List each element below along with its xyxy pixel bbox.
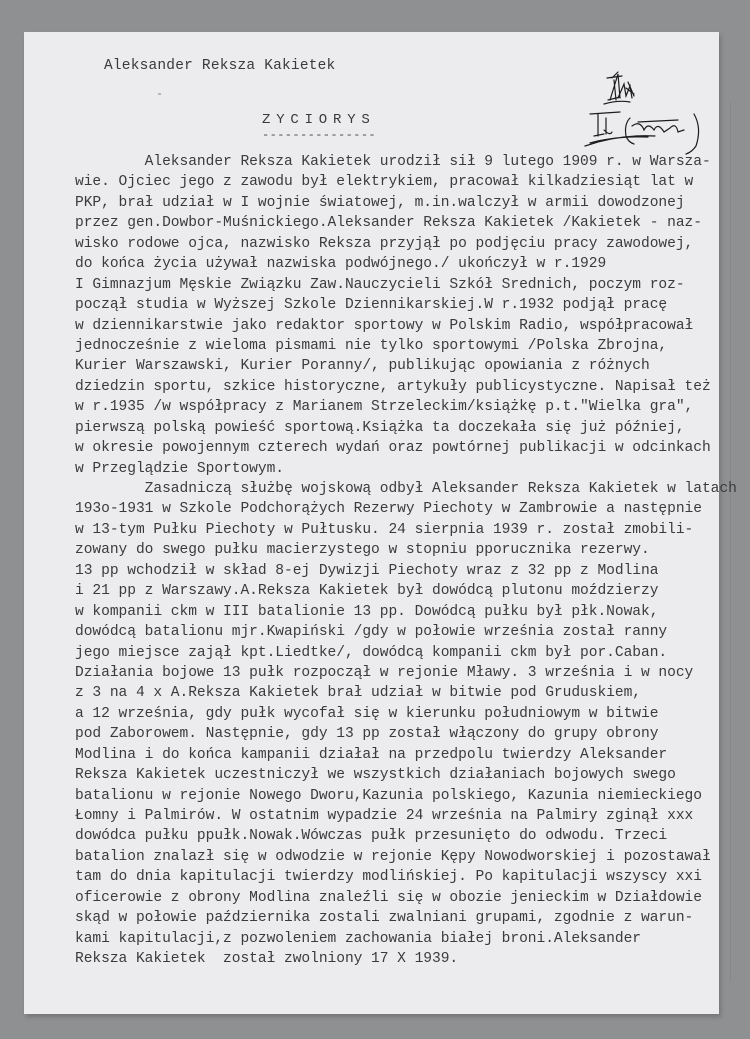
text-line: w dziennikarstwie jako redaktor sportowy… [75, 316, 715, 336]
paper-speck [158, 93, 161, 95]
text-line: w kompanii ckm w III batalionie 13 pp. D… [75, 602, 715, 622]
text-line: Zasadniczą służbę wojskową odbył Aleksan… [75, 479, 715, 499]
text-line: I Gimnazjum Męskie Związku Zaw.Nauczycie… [75, 275, 715, 295]
text-line: Kurier Warszawski, Kurier Poranny/, publ… [75, 356, 715, 376]
text-line: jednocześnie z wieloma pismami nie tylko… [75, 336, 715, 356]
text-line: zowany do swego pułku macierzystego w st… [75, 540, 715, 560]
text-line: batalionu w rejonie Nowego Dworu,Kazunia… [75, 786, 715, 806]
text-line: Reksza Kakietek został zwolniony 17 X 19… [75, 949, 715, 969]
title-underline: --------------- [262, 128, 376, 142]
text-line: oficerowie z obrony Modlina znaleźli się… [75, 888, 715, 908]
text-line: dowódcą batalionu mjr.Kwapiński /gdy w p… [75, 622, 715, 642]
text-line: w okresie powojennym czterech wydań oraz… [75, 438, 715, 458]
text-line: Aleksander Reksza Kakietek urodził sił 9… [75, 152, 715, 172]
text-line: jego miejsce zajął kpt.Liedtke/, dowódcą… [75, 643, 715, 663]
text-line: pierwszą polską powieść sportową.Książka… [75, 418, 715, 438]
text-line: Łomny i Palmirów. W ostatnim wypadzie 24… [75, 806, 715, 826]
text-line: do końca życia używał nazwiska podwójneg… [75, 254, 715, 274]
text-line: PKP, brał udział w I wojnie światowej, m… [75, 193, 715, 213]
text-line: w 13-tym Pułku Piechoty w Pułtusku. 24 s… [75, 520, 715, 540]
handwritten-signature-icon [560, 70, 710, 155]
text-line: i 21 pp z Warszawy.A.Reksza Kakietek był… [75, 581, 715, 601]
text-line: z 3 na 4 x A.Reksza Kakietek brał udział… [75, 683, 715, 703]
text-line: tam do dnia kapitulacji twierdzy modlińs… [75, 867, 715, 887]
text-line: pod Zaborowem. Następnie, gdy 13 pp zost… [75, 724, 715, 744]
text-line: wisko rodowe ojca, nazwisko Reksza przyj… [75, 234, 715, 254]
text-line: w Przeglądzie Sportowym. [75, 459, 715, 479]
text-line: przez gen.Dowbor-Muśnickiego.Aleksander … [75, 213, 715, 233]
text-line: Działania bojowe 13 pułk rozpoczął w rej… [75, 663, 715, 683]
text-line: batalion znalazł się w odwodzie w rejoni… [75, 847, 715, 867]
text-line: dziedzin sportu, szkice historyczne, art… [75, 377, 715, 397]
document-title: ZYCIORYS [262, 112, 376, 128]
document-body: Aleksander Reksza Kakietek urodził sił 9… [75, 152, 715, 970]
text-line: dowódca pułku ppułk.Nowak.Wówczas pułk p… [75, 826, 715, 846]
author-header: Aleksander Reksza Kakietek [104, 58, 335, 74]
text-line: Reksza Kakietek uczestniczył we wszystki… [75, 765, 715, 785]
text-line: w r.1935 /w współpracy z Marianem Strzel… [75, 397, 715, 417]
text-line: skąd w połowie października zostali zwal… [75, 908, 715, 928]
text-line: począł studia w Wyższej Szkole Dziennika… [75, 295, 715, 315]
text-line: 193o-1931 w Szkole Podchorążych Rezerwy … [75, 499, 715, 519]
text-line: Modlina i do końca kampanii działał na p… [75, 745, 715, 765]
text-line: kami kapitulacji,z pozwoleniem zachowani… [75, 929, 715, 949]
page-fold-line [730, 102, 731, 982]
text-line: 13 pp wchodził w skład 8-ej Dywizji Piec… [75, 561, 715, 581]
text-line: a 12 września, gdy pułk wycofał się w ki… [75, 704, 715, 724]
text-line: wie. Ojciec jego z zawodu był elektrykie… [75, 172, 715, 192]
